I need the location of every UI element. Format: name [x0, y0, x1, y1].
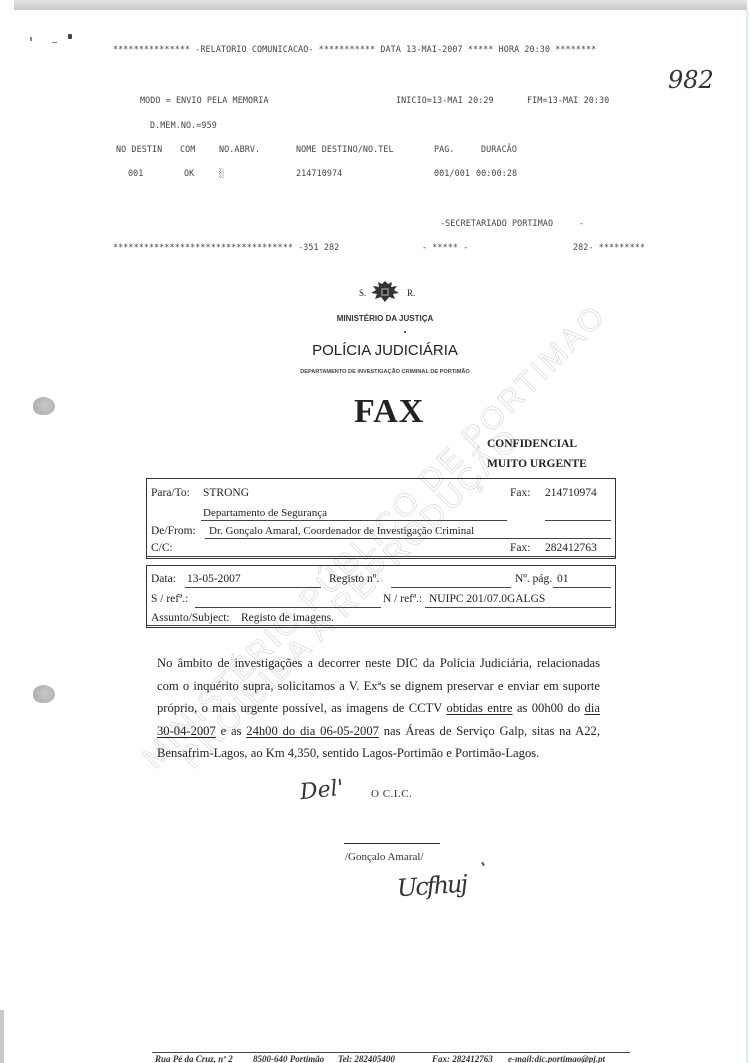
department-name-text: DEPARTAMENTO DE INVESTIGAÇÃO CRIMINAL DE…: [300, 369, 470, 375]
footer-tel: Tel: 282405400: [338, 1054, 395, 1063]
to-department: Departamento de Segurança: [203, 507, 327, 519]
scan-speck: [481, 862, 485, 866]
scan-top-shadow: [14, 0, 747, 10]
details-box: Data: 13-05-2007 Registo nº. Nº. pág. 01…: [146, 565, 616, 628]
subject-value: Registo de imagens.: [241, 612, 334, 624]
agency-name: POLÍCIA JUDICIÁRIA: [0, 342, 750, 359]
emblem-left-letter: S.: [359, 288, 366, 298]
column-header: DURACÃO: [481, 144, 517, 154]
punch-hole: [33, 685, 55, 703]
field-line: [205, 538, 611, 539]
ministry-name: MINISTÉRIO DA JUSTIÇA: [0, 314, 750, 323]
field-line: [195, 607, 381, 608]
page-value: 01: [557, 573, 569, 585]
footer-email: e-mail:dic.portimao@pj.pt: [508, 1054, 605, 1063]
handwritten-annotation: Del': [299, 776, 345, 805]
fax-title: FAX: [354, 393, 424, 431]
page-number-handwritten: 982: [668, 66, 714, 94]
cc-label: C/C:: [151, 542, 173, 554]
fax-report-mode: MODO = ENVIO PELA MEMORIA: [140, 95, 269, 105]
punch-hole: [33, 397, 55, 415]
field-line: [147, 625, 615, 626]
to-value: STRONG: [203, 487, 249, 499]
scan-speck: [404, 331, 406, 333]
fax-report-header: *************** -RELATORIO COMUNICACAO- …: [113, 44, 596, 54]
ministry-name-text: MINISTÉRIO DA JUSTIÇA: [337, 314, 434, 323]
agency-name-text: POLÍCIA JUDICIÁRIA: [312, 342, 458, 359]
fax-report-sender: -SECRETARIADO PORTIMAO -: [440, 218, 584, 228]
footer-address: Rua Pé da Cruz, nº 2: [155, 1054, 233, 1063]
cell-abrv: ░: [219, 168, 224, 178]
signature-line: [344, 843, 440, 844]
column-header: COM: [180, 144, 195, 154]
fax-report-start: INICIO=13-MAI 20:29: [396, 95, 494, 105]
scan-left-edge: [0, 1010, 4, 1063]
field-line: [201, 520, 507, 521]
from-value: Dr. Gonçalo Amaral, Coordenador de Inves…: [209, 525, 474, 537]
page-label: Nº. pág.: [515, 573, 552, 585]
cell-destination: 214710974: [296, 168, 342, 178]
classification-urgent: MUITO URGENTE: [487, 458, 587, 470]
fax-report-footer-left: *********************************** -351…: [113, 242, 339, 252]
cell-destin: 001: [128, 168, 143, 178]
handwritten-signature: Ucfhuj: [396, 870, 467, 903]
cc-fax-label: Fax:: [510, 542, 530, 554]
from-label: De/From:: [151, 525, 196, 537]
cell-com: OK: [184, 168, 194, 178]
nref-value: NUIPC 201/07.0GALGS: [429, 593, 545, 605]
cell-duration: 00:00:28: [476, 168, 517, 178]
classification-confidential: CONFIDENCIAL: [487, 438, 577, 450]
body-text-underlined: 24h00 do dia 06-05-2007: [246, 724, 379, 738]
to-fax-value: 214710974: [545, 487, 597, 499]
field-line: [553, 587, 611, 588]
registry-label: Registo nº.: [329, 573, 379, 585]
date-value: 13-05-2007: [187, 573, 241, 585]
field-line: [147, 556, 615, 557]
field-line: [545, 520, 611, 521]
field-line: [391, 587, 511, 588]
coat-of-arms-icon: [370, 280, 400, 304]
recipient-box: Para/To: STRONG Fax: 214710974 Departame…: [146, 478, 616, 559]
field-line: [425, 607, 611, 608]
emblem-right-letter: R.: [407, 288, 415, 298]
footer-line: [152, 1052, 630, 1053]
fax-report-memory-no: D.MEM.NO.=959: [150, 120, 217, 130]
scan-speck: [68, 34, 72, 39]
scan-speck: [52, 42, 57, 43]
scan-right-edge: [746, 10, 748, 1063]
body-text-underlined: obtidas entre: [447, 701, 513, 715]
column-header: NOME DESTINO/NO.TEL: [296, 144, 394, 154]
body-paragraph: No âmbito de investigações a decorrer ne…: [157, 652, 600, 765]
cc-fax-value: 282412763: [545, 542, 597, 554]
annotation-recipient: O C.I.C.: [371, 788, 412, 800]
column-header: PAG.: [434, 144, 455, 154]
nref-label: N / refª.:: [383, 593, 422, 605]
footer-postal: 8500-640 Portimão: [253, 1054, 324, 1063]
department-name: DEPARTAMENTO DE INVESTIGAÇÃO CRIMINAL DE…: [0, 369, 750, 375]
body-text: e as: [216, 724, 247, 738]
fax-report-end: FIM=13-MAI 20:30: [527, 95, 609, 105]
column-header: NO.ABRV.: [219, 144, 260, 154]
footer-fax: Fax: 282412763: [432, 1054, 493, 1063]
to-label: Para/To:: [151, 487, 190, 499]
cell-pages: 001/001: [434, 168, 470, 178]
scan-speck: [30, 37, 32, 41]
body-text: as 00h00 do: [512, 701, 584, 715]
fax-report-footer-right: 282- *********: [573, 242, 645, 252]
sref-label: S / refª.:: [151, 593, 188, 605]
column-header: NO DESTIN: [116, 144, 162, 154]
fax-report-footer-mid: - ***** -: [422, 242, 468, 252]
signatory-name: /Gonçalo Amaral/: [345, 851, 424, 863]
subject-label: Assunto/Subject:: [151, 612, 230, 624]
date-label: Data:: [151, 573, 176, 585]
to-fax-label: Fax:: [510, 487, 530, 499]
field-line: [185, 587, 321, 588]
